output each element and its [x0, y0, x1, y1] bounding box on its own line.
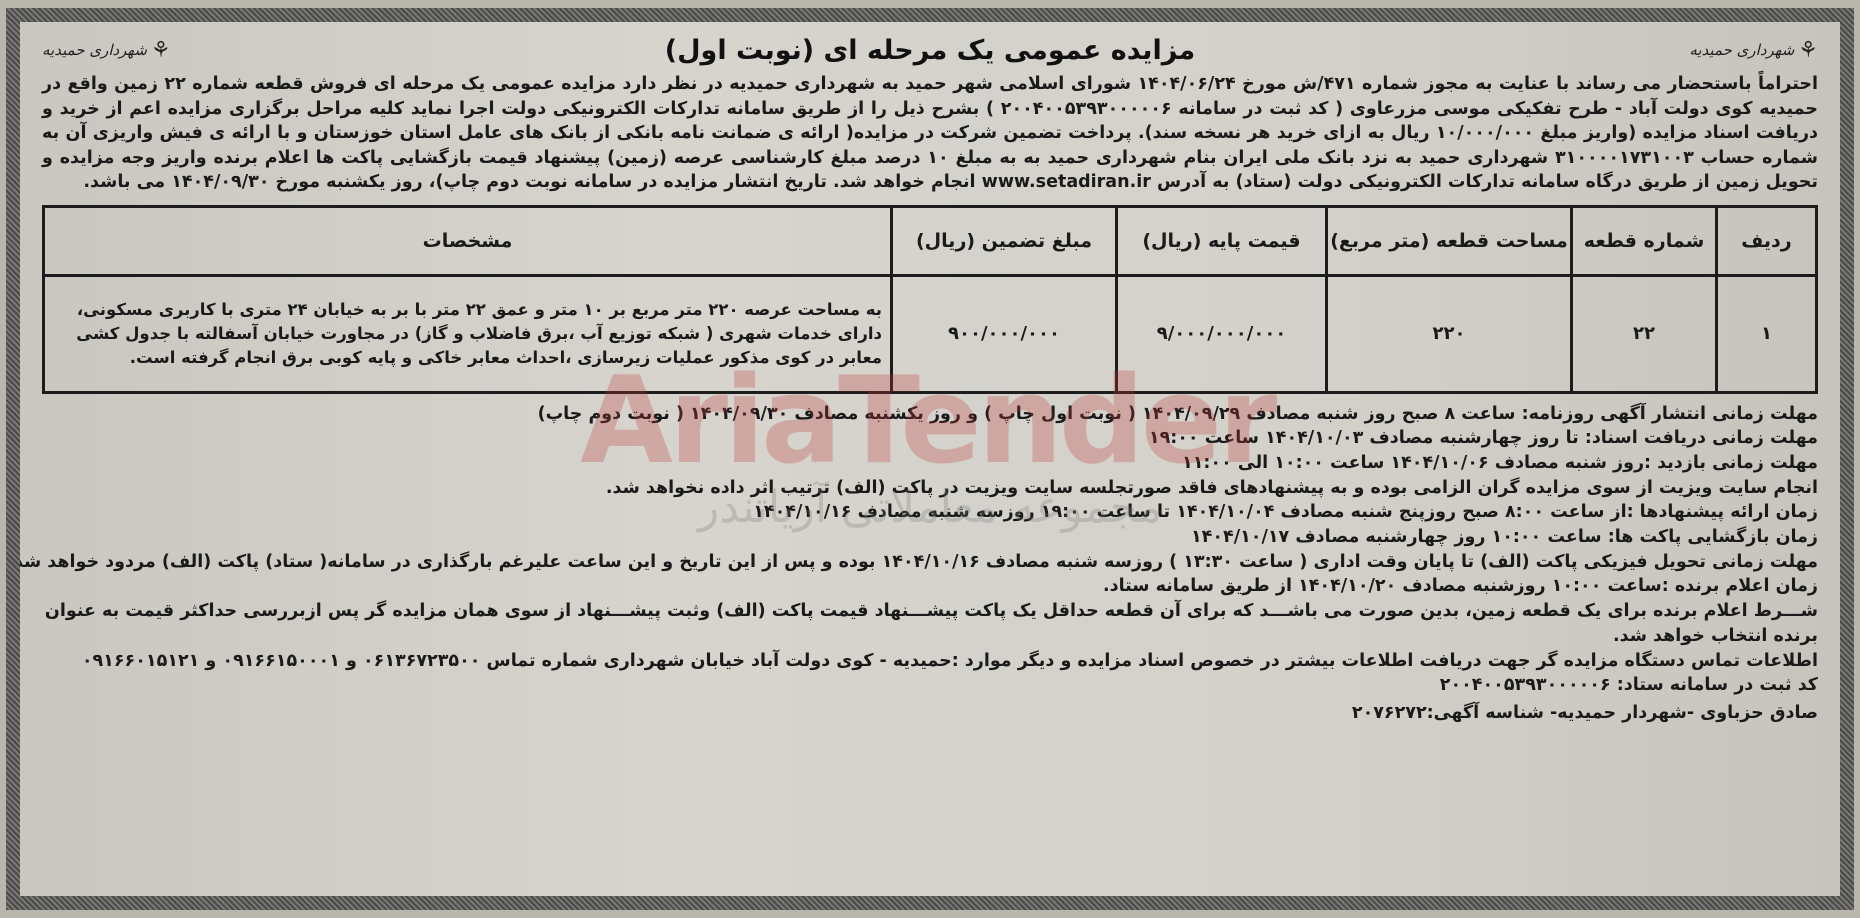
winner-condition: شـــرط اعلام برنده برای یک قطعه زمین، بد… — [42, 599, 1818, 648]
cell-description: به مساحت عرصه ۲۲۰ متر مربع بر ۱۰ متر و ع… — [44, 275, 892, 392]
lots-table: ردیف شماره قطعه مساحت قطعه (متر مربع) قی… — [42, 205, 1818, 394]
col-description: مشخصات — [44, 206, 892, 275]
col-row-no: ردیف — [1717, 206, 1817, 275]
terms-list: مهلت زمانی انتشار آگهی روزنامه: ساعت ۸ ص… — [42, 402, 1818, 726]
cell-guarantee: ۹۰۰/۰۰۰/۰۰۰ — [892, 275, 1117, 392]
col-lot-no: شماره قطعه — [1572, 206, 1717, 275]
term-submission-window: زمان ارائه پیشنهادها :از ساعت ۸:۰۰ صبح ر… — [42, 500, 1818, 525]
col-base-price: قیمت پایه (ریال) — [1117, 206, 1327, 275]
registration-code: کد ثبت در سامانه ستاد: ۲۰۰۴۰۰۵۳۹۳۰۰۰۰۰۶ — [42, 673, 1818, 698]
intro-paragraph: احتراماً باستحضار می رساند با عنایت به م… — [42, 72, 1818, 195]
cell-base-price: ۹/۰۰۰/۰۰۰/۰۰۰ — [1117, 275, 1327, 392]
term-site-visit: انجام سایت ویزیت از سوی مزایده گران الزا… — [42, 476, 1818, 501]
col-area: مساحت قطعه (متر مربع) — [1327, 206, 1572, 275]
table-row: ۱ ۲۲ ۲۲۰ ۹/۰۰۰/۰۰۰/۰۰۰ ۹۰۰/۰۰۰/۰۰۰ به مس… — [44, 275, 1817, 392]
cell-row-no: ۱ — [1717, 275, 1817, 392]
auction-notice: AriaTender مجموعه معاملاتی آریاتندر ⚘ شه… — [20, 22, 1840, 896]
term-winner-announcement: زمان اعلام برنده :ساعت ۱۰:۰۰ روزشنبه مصا… — [42, 574, 1818, 599]
contact-info: اطلاعات تماس دستگاه مزایده گر جهت دریافت… — [42, 649, 1818, 674]
signature: صادق حزباوی -شهردار حمیدیه- شناسه آگهی:۲… — [42, 701, 1818, 726]
cell-lot-no: ۲۲ — [1572, 275, 1717, 392]
term-visit-deadline: مهلت زمانی بازدید :روز شنبه مصادف ۱۴۰۴/۱… — [42, 451, 1818, 476]
table-header-row: ردیف شماره قطعه مساحت قطعه (متر مربع) قی… — [44, 206, 1817, 275]
term-physical-delivery: مهلت زمانی تحویل فیزیکی پاکت (الف) تا پا… — [42, 550, 1818, 575]
term-opening-time: زمان بازگشایی پاکت ها: ساعت ۱۰:۰۰ روز چه… — [42, 525, 1818, 550]
col-guarantee: مبلغ تضمین (ریال) — [892, 206, 1117, 275]
term-document-deadline: مهلت زمانی دریافت اسناد: تا روز چهارشنبه… — [42, 426, 1818, 451]
header: ⚘ شهرداری حمیدیه مزایده عمومی یک مرحله ا… — [42, 30, 1818, 70]
document-frame: AriaTender مجموعه معاملاتی آریاتندر ⚘ شه… — [6, 8, 1854, 910]
cell-area: ۲۲۰ — [1327, 275, 1572, 392]
page-title: مزایده عمومی یک مرحله ای (نوبت اول) — [42, 35, 1818, 66]
term-publication-deadline: مهلت زمانی انتشار آگهی روزنامه: ساعت ۸ ص… — [42, 402, 1818, 427]
